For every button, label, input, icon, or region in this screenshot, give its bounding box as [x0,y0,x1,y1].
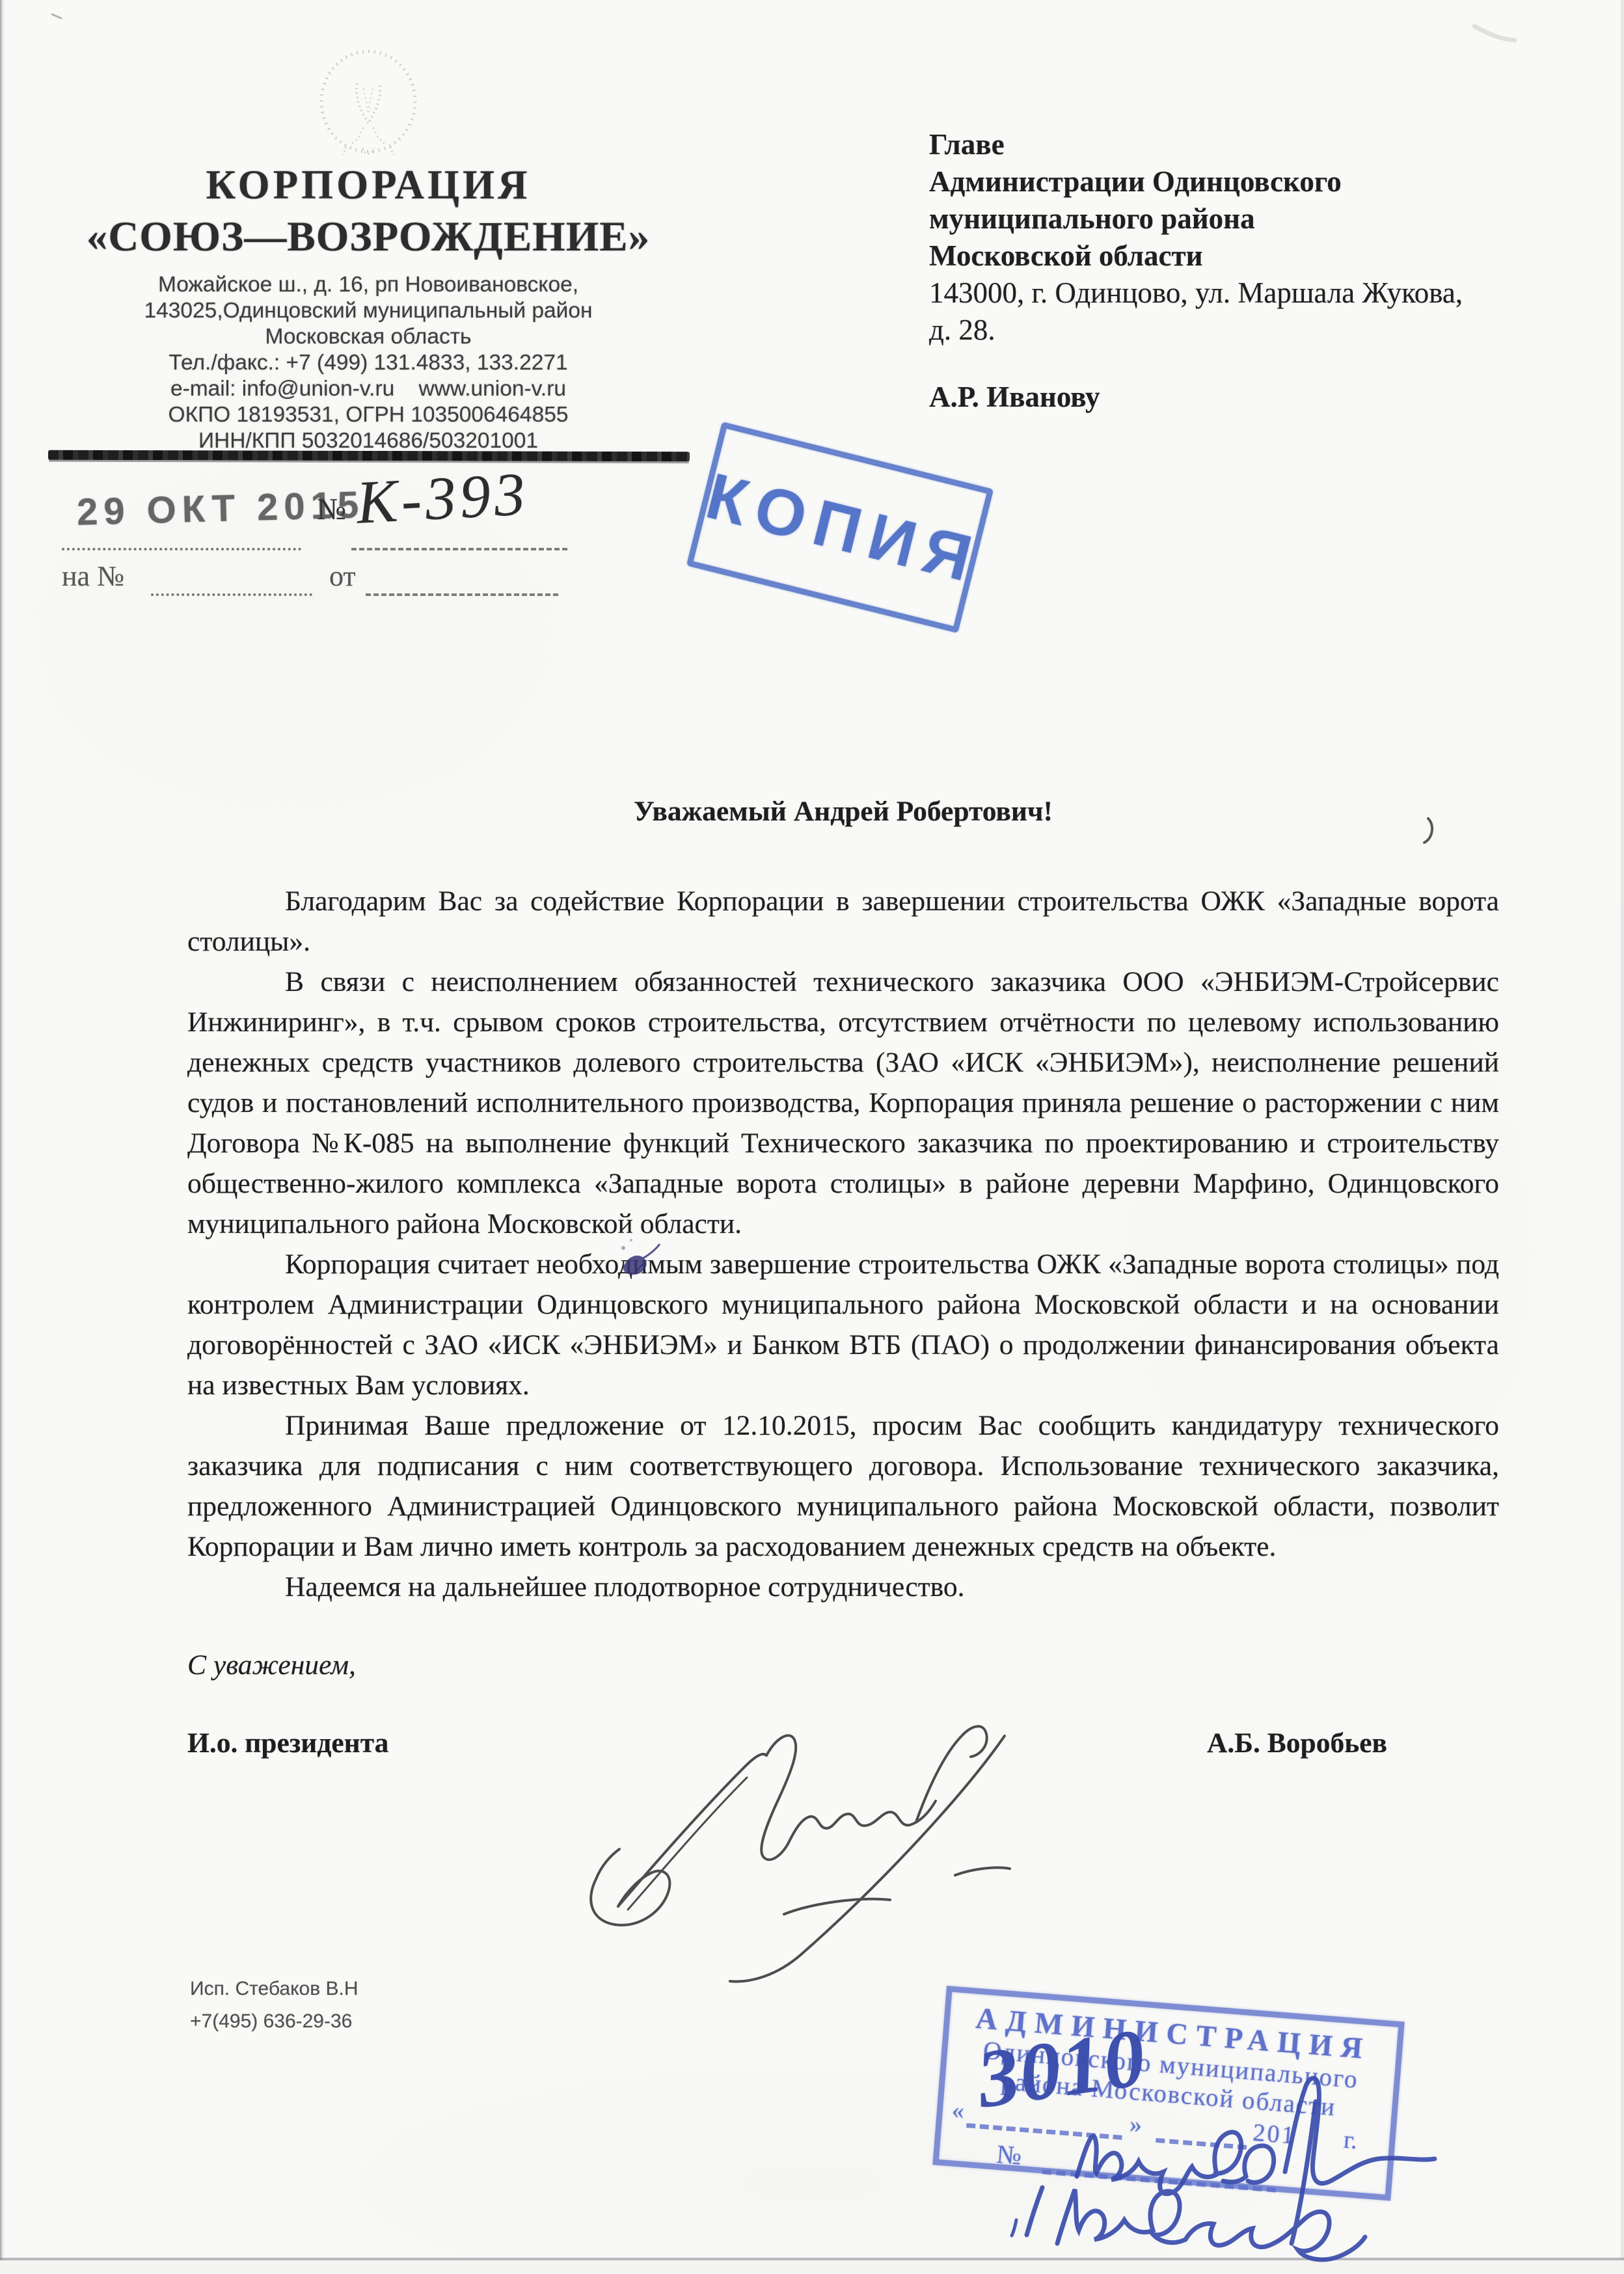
reply-from-label: от [329,560,356,593]
recipient-address-line: 143000, г. Одинцово, ул. Маршала Жукова, [929,275,1547,312]
reply-date-fill-line [366,593,558,596]
letter-body: Уважаемый Андрей Робертович! Благодарим … [187,791,1499,1763]
scan-edge-right [1621,0,1624,2274]
letterhead-address-line: 143025,Одинцовский муниципальный район [39,298,697,324]
signature [591,1726,1010,1981]
recipient-address-line: д. 28. [929,312,1547,349]
recipient-title: Главе [929,126,1547,163]
number-fill-line [351,548,567,550]
year-suffix: г. [1343,2126,1359,2155]
date-fill-line [62,548,301,550]
corporate-emblem-icon [303,49,433,159]
letterhead-okpo-line: ОКПО 18193531, ОГРН 1035006464855 [39,402,697,428]
executor-name: Исп. Стебаков В.Н [190,1973,359,2005]
number-sign: № [317,492,346,527]
admin-number-sign: № [995,2139,1023,2171]
paragraph: Корпорация считает необходимым завершени… [187,1244,1499,1405]
letterhead-divider-line [48,450,690,462]
salutation: Уважаемый Андрей Робертович! [187,791,1499,832]
letterhead: КОРПОРАЦИЯ «СОЮЗ—ВОЗРОЖДЕНИЕ» Можайское … [39,49,697,454]
close-quote: » [1128,2110,1143,2139]
letterhead-address-line: Московская область [39,324,697,350]
scan-edge-left [0,0,5,2274]
letterhead-email-line: e-mail: info@union-v.ru www.union-v.ru [39,376,697,402]
reply-to-label: на № [62,560,124,593]
recipient-org-line: Администрации Одинцовского [929,163,1547,200]
reply-number-fill-line [151,593,312,596]
paragraph: Принимая Ваше предложение от 12.10.2015,… [187,1405,1499,1567]
recipient-block: Главе Администрации Одинцовского муницип… [929,126,1547,416]
scanned-letter-page: КОРПОРАЦИЯ «СОЮЗ—ВОЗРОЖДЕНИЕ» Можайское … [0,0,1624,2274]
closing-phrase: С уважением, [187,1645,1499,1685]
recipient-org-line: муниципального района [929,200,1547,237]
recipient-org-line: Московской области [929,237,1547,275]
org-name-line1: КОРПОРАЦИЯ [39,161,697,209]
year-prefix: 201 [1252,2118,1297,2150]
copy-stamp: КОПИЯ [686,422,994,633]
executor-phone: +7(495) 636-29-36 [190,2005,359,2038]
recipient-person: А.Р. Иванову [929,379,1547,416]
copy-stamp-label: КОПИЯ [692,456,988,598]
signer-position: И.о. президента [187,1723,388,1763]
letterhead-address-block: Можайское ш., д. 16, рп Новоивановское, … [39,272,697,454]
admin-number-underline [1042,2169,1276,2192]
executor-block: Исп. Стебаков В.Н +7(495) 636-29-36 [190,1973,359,2038]
open-quote: « [951,2096,965,2125]
letterhead-address-line: Можайское ш., д. 16, рп Новоивановское, [39,272,697,298]
org-name-line2: «СОЮЗ—ВОЗРОЖДЕНИЕ» [39,213,697,262]
signer-name: А.Б. Воробьев [1207,1723,1387,1763]
letterhead-phone-line: Тел./факс.: +7 (499) 131.4833, 133.2271 [39,350,697,376]
signature-row: И.о. президента А.Б. Воробьев [187,1723,1499,1763]
handwritten-outgoing-number: К-393 [355,459,530,538]
paragraph: Благодарим Вас за содействие Корпорации … [187,881,1499,962]
paragraph: В связи с неисполнением обязанностей тех… [187,962,1499,1244]
paragraph: Надеемся на дальнейшее плодотворное сотр… [187,1567,1499,1607]
scan-edge-bottom-paper [0,2260,1624,2274]
